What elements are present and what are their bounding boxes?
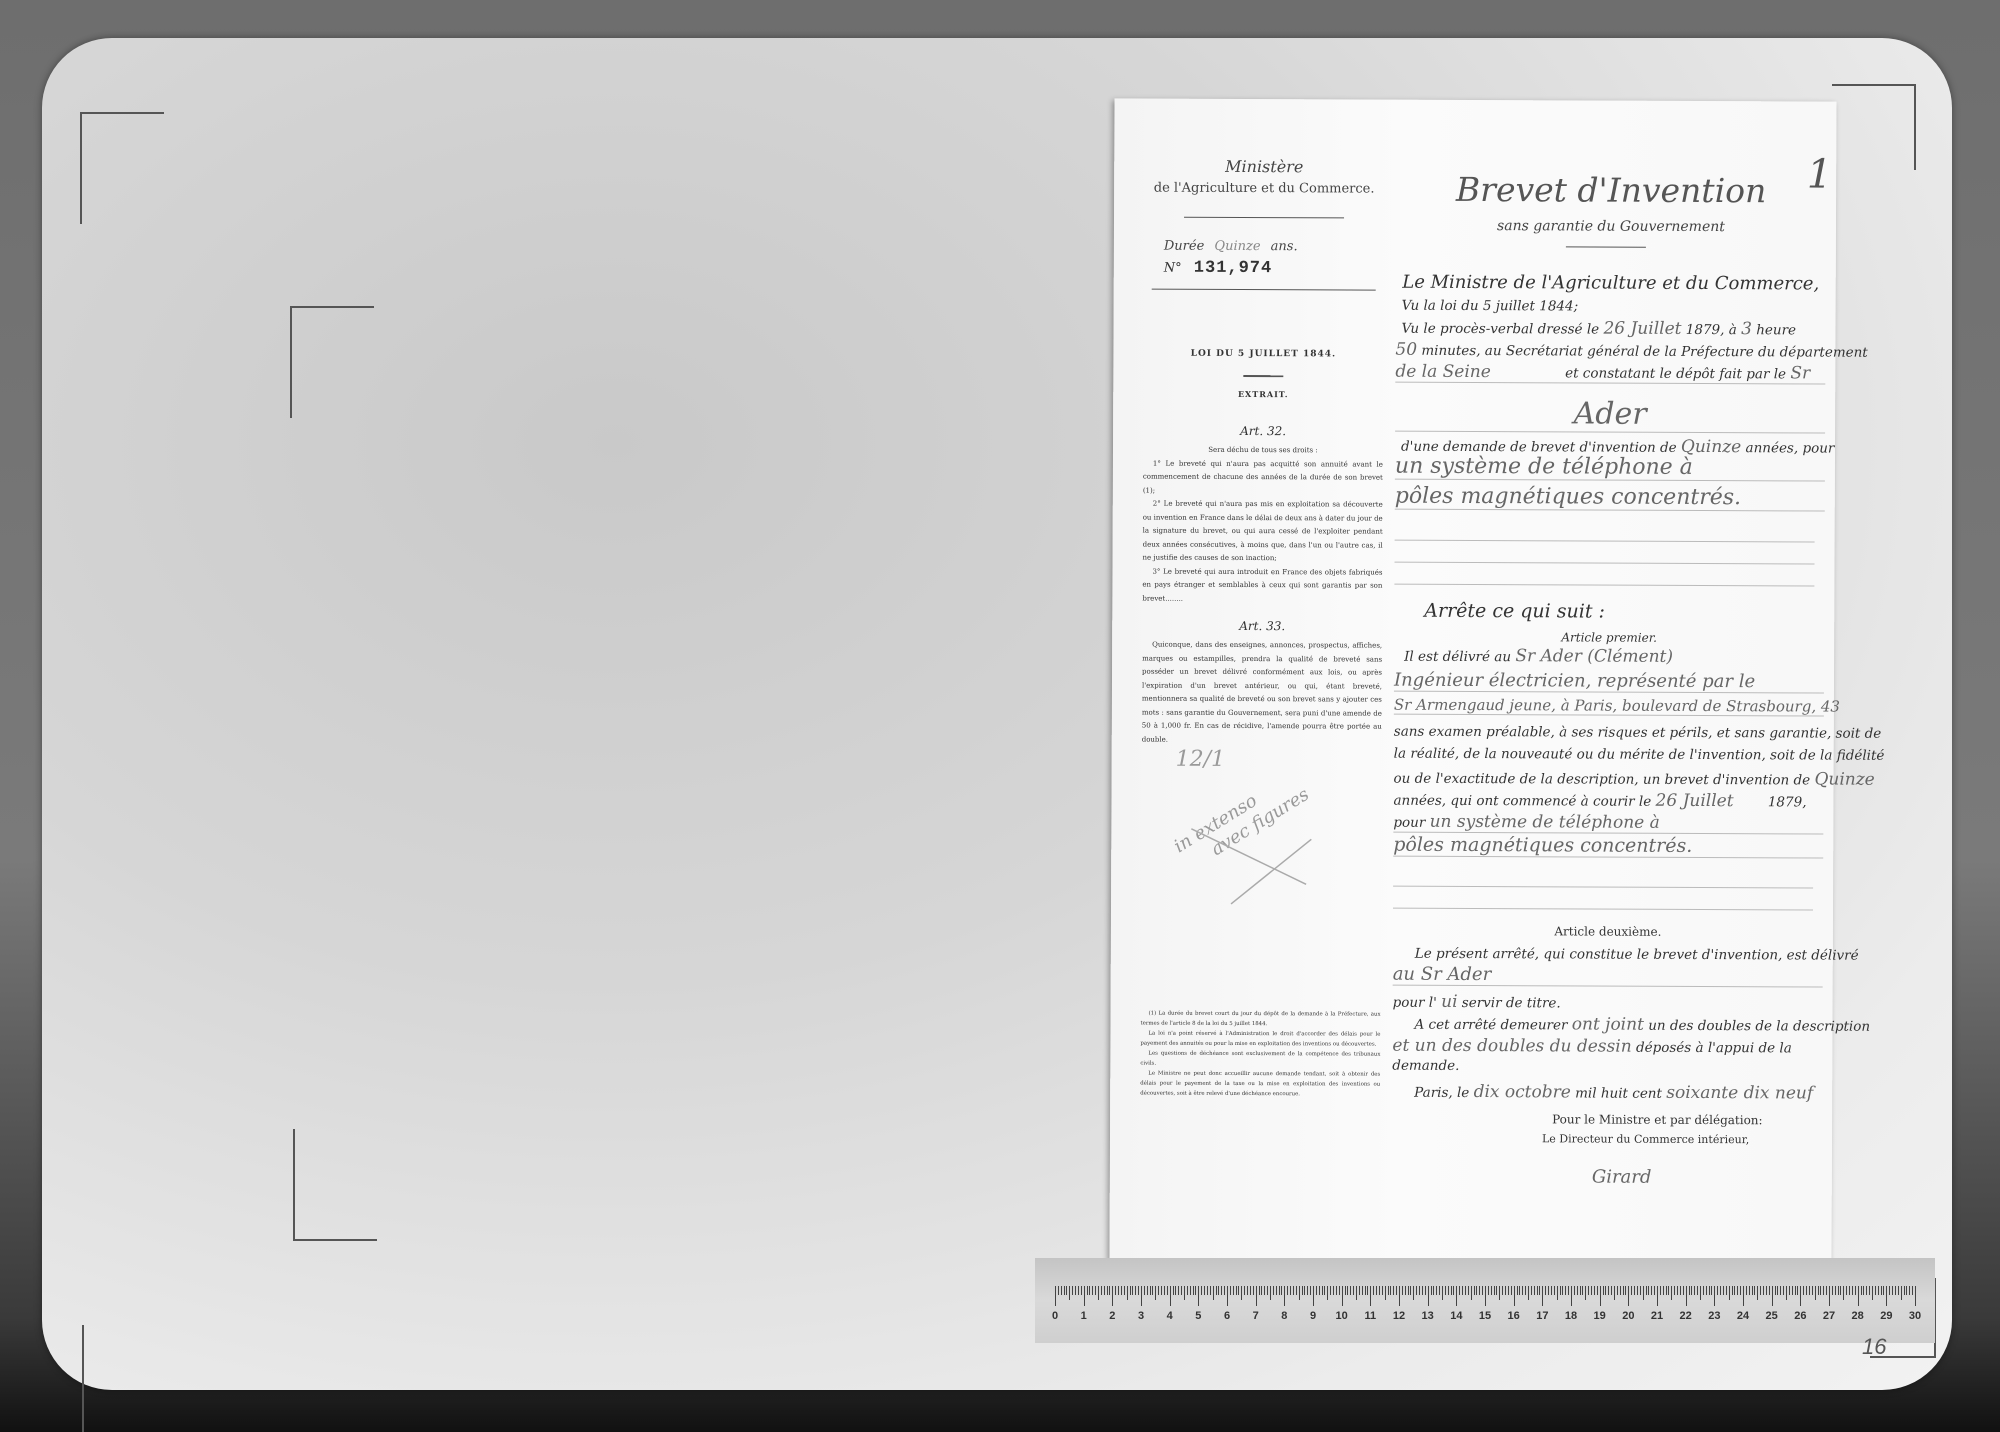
article-32-text: Sera déchu de tous ses droits : 1° Le br… xyxy=(1142,444,1383,607)
ruler-tick xyxy=(1055,1286,1056,1306)
article-2-line5: demande. xyxy=(1392,1058,1822,1076)
ruler-tick xyxy=(1580,1286,1581,1295)
ruler-tick xyxy=(1820,1286,1821,1295)
ruler-tick xyxy=(1207,1286,1208,1295)
ruler-tick xyxy=(1210,1286,1211,1295)
ruler-tick xyxy=(1238,1286,1239,1295)
ruler-label: 25 xyxy=(1766,1310,1778,1322)
ruler-tick xyxy=(1829,1286,1830,1306)
ruler-tick xyxy=(1760,1286,1761,1295)
ruler-tick xyxy=(1376,1286,1377,1295)
ruler-tick xyxy=(1270,1286,1271,1300)
ruler-tick xyxy=(1517,1286,1518,1295)
ruler-tick xyxy=(1193,1286,1194,1295)
ruler-tick xyxy=(1150,1286,1151,1295)
ruler-tick xyxy=(1081,1286,1082,1295)
ruler-tick xyxy=(1522,1286,1523,1295)
ruler-tick xyxy=(1405,1286,1406,1295)
ruler-tick xyxy=(1912,1286,1913,1295)
text: et constatant le dépôt fait par le xyxy=(1565,365,1786,382)
ruler-tick xyxy=(1660,1286,1661,1295)
ruler-tick xyxy=(1502,1286,1503,1295)
article-1-commence: années, qui ont commencé à courir le 26 … xyxy=(1393,790,1823,812)
ruler-tick xyxy=(1181,1286,1182,1295)
ruler-label: 4 xyxy=(1167,1310,1173,1322)
ruler-tick xyxy=(1115,1286,1116,1295)
ruler-tick xyxy=(1170,1286,1171,1306)
blank-line xyxy=(1395,540,1815,543)
measurement-ruler: 0123456789101112131415161718192021222324… xyxy=(1035,1258,1935,1343)
ruler-tick xyxy=(1399,1286,1400,1306)
ruler-tick xyxy=(1408,1286,1409,1295)
ruler-tick xyxy=(1347,1286,1348,1295)
ruler-tick xyxy=(1476,1286,1477,1295)
vu-loi-line: Vu la loi du 5 juillet 1844; xyxy=(1402,298,1832,316)
ruler-tick xyxy=(1319,1286,1320,1295)
ruler-tick xyxy=(1560,1286,1561,1295)
vu-proces-line: Vu le procès-verbal dressé le 26 Juillet… xyxy=(1401,318,1831,340)
ruler-tick xyxy=(1322,1286,1323,1295)
ruler-tick xyxy=(1155,1286,1156,1300)
ruler-tick xyxy=(1717,1286,1718,1295)
ruler-tick xyxy=(1680,1286,1681,1295)
ruler-tick xyxy=(1686,1286,1687,1306)
ruler-tick xyxy=(1740,1286,1741,1295)
ruler-label: 30 xyxy=(1909,1310,1921,1322)
ruler-tick xyxy=(1494,1286,1495,1295)
ruler-tick xyxy=(1442,1286,1443,1300)
ruler-tick xyxy=(1127,1286,1128,1300)
handwritten-hour: 3 xyxy=(1741,319,1752,339)
ruler-tick xyxy=(1806,1286,1807,1295)
ruler-tick xyxy=(1227,1286,1228,1306)
ruler-tick xyxy=(1537,1286,1538,1295)
ruler-tick xyxy=(1402,1286,1403,1295)
ruler-tick xyxy=(1881,1286,1882,1295)
ruler-tick xyxy=(1353,1286,1354,1295)
ruler-tick xyxy=(1299,1286,1300,1300)
ruler-tick xyxy=(1898,1286,1899,1295)
ruler-tick xyxy=(1382,1286,1383,1295)
ruler-tick xyxy=(1732,1286,1733,1295)
ruler-tick xyxy=(1164,1286,1165,1295)
ruler-label: 7 xyxy=(1253,1310,1259,1322)
ruler-tick xyxy=(1253,1286,1254,1295)
ruler-tick xyxy=(1356,1286,1357,1300)
ruler-tick xyxy=(1339,1286,1340,1295)
ruler-tick xyxy=(1431,1286,1432,1295)
ruler-tick xyxy=(1511,1286,1512,1295)
handwritten-date: 26 Juillet xyxy=(1656,791,1734,811)
ruler-tick xyxy=(1078,1286,1079,1295)
ruler-tick xyxy=(1087,1286,1088,1295)
ruler-tick xyxy=(1640,1286,1641,1295)
ruler-tick xyxy=(1846,1286,1847,1295)
ruler-tick xyxy=(1780,1286,1781,1295)
ruler-tick xyxy=(1545,1286,1546,1295)
text: servir de titre. xyxy=(1462,995,1561,1011)
ruler-tick xyxy=(1631,1286,1632,1295)
ruler-label: 14 xyxy=(1450,1310,1462,1322)
ruler-tick xyxy=(1508,1286,1509,1295)
ruler-tick xyxy=(1130,1286,1131,1295)
ruler-tick xyxy=(1396,1286,1397,1295)
ruler-tick xyxy=(1892,1286,1893,1295)
ruler-tick xyxy=(1124,1286,1125,1295)
ruler-tick xyxy=(1216,1286,1217,1295)
ruler-label: 16 xyxy=(1508,1310,1520,1322)
ruler-tick xyxy=(1496,1286,1497,1295)
paragraph: 1° Le breveté qui n'aura pas acquitté so… xyxy=(1143,457,1383,499)
ruler-tick xyxy=(1350,1286,1351,1295)
text: heure xyxy=(1756,322,1796,338)
ruler-tick xyxy=(1852,1286,1853,1295)
text: un des doubles de la description xyxy=(1648,1018,1870,1035)
ruler-tick xyxy=(1783,1286,1784,1295)
article-1-body-3: ou de l'exactitude de la description, un… xyxy=(1394,768,1824,790)
handwritten-recipient: Sr Ader (Clément) xyxy=(1515,646,1673,667)
ruler-tick xyxy=(1267,1286,1268,1295)
article-2-line3: A cet arrêté demeurer ont joint un des d… xyxy=(1414,1014,1844,1036)
ruler-tick xyxy=(1310,1286,1311,1295)
ruler-tick xyxy=(1789,1286,1790,1295)
ruler-tick xyxy=(1241,1286,1242,1300)
ruler-tick xyxy=(1327,1286,1328,1300)
ruler-label: 20 xyxy=(1622,1310,1634,1322)
ruler-tick xyxy=(1448,1286,1449,1295)
ruler-tick xyxy=(1757,1286,1758,1300)
ruler-tick xyxy=(1901,1286,1902,1300)
ruler-tick xyxy=(1823,1286,1824,1295)
ruler-tick xyxy=(1098,1286,1099,1300)
ruler-tick xyxy=(1290,1286,1291,1295)
ruler-tick xyxy=(1777,1286,1778,1295)
article-1-body-2: la réalité, de la nouveauté ou du mérite… xyxy=(1394,746,1824,764)
pencil-cross-mark xyxy=(1181,799,1321,910)
right-column: Brevet d'Invention 1 sans garantie du Go… xyxy=(1391,100,1826,1264)
invention-title-line1: un système de téléphone à xyxy=(1395,454,1825,482)
ruler-tick xyxy=(1694,1286,1695,1295)
article-2-line2: pour l' ui servir de titre. xyxy=(1393,992,1823,1014)
ruler-tick xyxy=(1385,1286,1386,1300)
ruler-tick xyxy=(1539,1286,1540,1295)
text: mil huit cent xyxy=(1575,1085,1662,1101)
ruler-tick xyxy=(1468,1286,1469,1295)
ruler-tick xyxy=(1390,1286,1391,1295)
ruler-label: 6 xyxy=(1224,1310,1230,1322)
ruler-label: 28 xyxy=(1852,1310,1864,1322)
ruler-tick xyxy=(1244,1286,1245,1295)
ruler-tick xyxy=(1674,1286,1675,1295)
ruler-tick xyxy=(1158,1286,1159,1295)
ruler-tick xyxy=(1388,1286,1389,1295)
crop-mark-top-left xyxy=(80,112,164,224)
ruler-tick xyxy=(1772,1286,1773,1306)
ruler-tick xyxy=(1453,1286,1454,1295)
law-heading: LOI DU 5 JUILLET 1844. xyxy=(1143,349,1383,360)
ruler-tick xyxy=(1531,1286,1532,1295)
signature: Girard xyxy=(1592,1167,1652,1188)
ruler-tick xyxy=(1646,1286,1647,1295)
ruler-tick xyxy=(1591,1286,1592,1295)
ruler-tick xyxy=(1425,1286,1426,1295)
ruler-tick xyxy=(1287,1286,1288,1295)
ruler-tick xyxy=(1066,1286,1067,1295)
ruler-label: 11 xyxy=(1365,1310,1377,1322)
ruler-tick xyxy=(1651,1286,1652,1295)
date-line: Paris, le dix octobre mil huit cent soix… xyxy=(1414,1082,1844,1104)
ruler-tick xyxy=(1064,1286,1065,1295)
ruler-tick xyxy=(1101,1286,1102,1295)
crop-mark-top-right xyxy=(1832,84,1916,170)
ruler-tick xyxy=(1324,1286,1325,1295)
ruler-tick xyxy=(1451,1286,1452,1295)
ruler-tick xyxy=(1869,1286,1870,1295)
ruler-tick xyxy=(1190,1286,1191,1295)
ruler-tick xyxy=(1089,1286,1090,1295)
ruler-tick xyxy=(1474,1286,1475,1295)
ruler-tick xyxy=(1505,1286,1506,1295)
handwritten-department: de la Seine xyxy=(1395,362,1491,382)
article-2-line1: Le présent arrêté, qui constitue le brev… xyxy=(1415,946,1845,964)
ruler-tick xyxy=(1519,1286,1520,1295)
crop-mark-inner-top-left xyxy=(290,306,374,418)
ruler-tick xyxy=(1359,1286,1360,1295)
ruler-tick xyxy=(1152,1286,1153,1295)
ruler-tick xyxy=(1620,1286,1621,1295)
ruler-tick xyxy=(1439,1286,1440,1295)
ruler-tick xyxy=(1697,1286,1698,1295)
ruler-tick xyxy=(1815,1286,1816,1300)
applicant-name: Ader xyxy=(1395,396,1825,434)
ruler-tick xyxy=(1236,1286,1237,1295)
ruler-ticks: 0123456789101112131415161718192021222324… xyxy=(1055,1286,1915,1326)
ruler-tick xyxy=(1471,1286,1472,1300)
ruler-label: 0 xyxy=(1052,1310,1058,1322)
article-1-address: Sr Armengaud jeune, à Paris, boulevard d… xyxy=(1394,696,1824,717)
article-1-invention-2: pôles magnétiques concentrés. xyxy=(1393,834,1823,859)
ruler-tick xyxy=(1276,1286,1277,1295)
ruler-tick xyxy=(1107,1286,1108,1295)
paragraph: 3° Le breveté qui aura introduit en Fran… xyxy=(1142,565,1382,607)
ruler-tick xyxy=(1132,1286,1133,1295)
ruler-tick xyxy=(1906,1286,1907,1295)
article-33-title: Art. 33. xyxy=(1142,619,1382,634)
ruler-tick xyxy=(1666,1286,1667,1295)
ruler-tick xyxy=(1904,1286,1905,1295)
ruler-tick xyxy=(1422,1286,1423,1295)
ruler-tick xyxy=(1379,1286,1380,1295)
arrete-heading: Arrête ce qui suit : xyxy=(1424,600,1854,624)
ruler-tick xyxy=(1173,1286,1174,1295)
article-33-text: Quiconque, dans des enseignes, annonces,… xyxy=(1142,639,1382,748)
ruler-tick xyxy=(1571,1286,1572,1306)
paragraph: 2° Le breveté qui n'aura pas mis en expl… xyxy=(1143,498,1383,567)
ruler-tick xyxy=(1528,1286,1529,1300)
ruler-tick xyxy=(1614,1286,1615,1300)
ruler-tick xyxy=(1726,1286,1727,1295)
ruler-tick xyxy=(1689,1286,1690,1295)
ruler-tick xyxy=(1445,1286,1446,1295)
footnote: Le Ministre ne peut donc accueillir aucu… xyxy=(1140,1069,1380,1100)
ruler-tick xyxy=(1224,1286,1225,1295)
divider xyxy=(1184,217,1344,219)
blank-line xyxy=(1393,908,1813,911)
ruler-tick xyxy=(1304,1286,1305,1295)
ruler-tick xyxy=(1336,1286,1337,1295)
ruler-tick xyxy=(1092,1286,1093,1295)
ruler-tick xyxy=(1855,1286,1856,1295)
ruler-tick xyxy=(1198,1286,1199,1306)
ruler-tick xyxy=(1525,1286,1526,1295)
ruler-tick xyxy=(1677,1286,1678,1295)
ruler-tick xyxy=(1230,1286,1231,1295)
ruler-tick xyxy=(1491,1286,1492,1295)
ruler-tick xyxy=(1723,1286,1724,1295)
paragraph: Sera déchu de tous ses droits : xyxy=(1143,444,1383,459)
ruler-tick xyxy=(1577,1286,1578,1295)
ruler-tick xyxy=(1648,1286,1649,1295)
ruler-tick xyxy=(1746,1286,1747,1295)
ruler-tick xyxy=(1534,1286,1535,1295)
handwritten-date: 26 Juillet xyxy=(1603,319,1681,339)
ruler-tick xyxy=(1574,1286,1575,1295)
ruler-tick xyxy=(1256,1286,1257,1306)
ruler-tick xyxy=(1365,1286,1366,1295)
ruler-tick xyxy=(1061,1286,1062,1295)
document-subtitle: sans garantie du Gouvernement xyxy=(1396,218,1826,236)
minutes-line: 50 minutes, au Secrétariat général de la… xyxy=(1395,340,1825,362)
ruler-tick xyxy=(1144,1286,1145,1295)
ministry-subheading: de l'Agriculture et du Commerce. xyxy=(1144,181,1384,197)
ruler-tick xyxy=(1849,1286,1850,1295)
ruler-tick xyxy=(1213,1286,1214,1300)
ruler-tick xyxy=(1118,1286,1119,1295)
text: années, qui ont commencé à courir le xyxy=(1393,793,1651,810)
ruler-tick xyxy=(1342,1286,1343,1306)
ruler-tick xyxy=(1749,1286,1750,1295)
ruler-tick xyxy=(1883,1286,1884,1295)
duration-label: Durée xyxy=(1164,239,1204,254)
ruler-tick xyxy=(1752,1286,1753,1295)
handwritten: et un des doubles du dessin xyxy=(1392,1036,1631,1057)
department-line: de la Seine et constatant le dépôt fait … xyxy=(1395,362,1825,385)
text: années, pour xyxy=(1745,440,1834,456)
ruler-tick xyxy=(1706,1286,1707,1295)
ruler-tick xyxy=(1112,1286,1113,1306)
ruler-tick xyxy=(1175,1286,1176,1295)
ruler-tick xyxy=(1792,1286,1793,1295)
page-number-handwritten: 1 xyxy=(1807,151,1833,197)
ruler-label: 2 xyxy=(1109,1310,1115,1322)
text: déposés à l'appui de la xyxy=(1636,1040,1792,1057)
ruler-tick xyxy=(1803,1286,1804,1295)
ruler-tick xyxy=(1858,1286,1859,1306)
article-1-title: Article premier. xyxy=(1394,630,1824,646)
ruler-tick xyxy=(1657,1286,1658,1306)
handwritten: ont joint xyxy=(1572,1014,1644,1034)
ruler-tick xyxy=(1416,1286,1417,1295)
ruler-tick xyxy=(1691,1286,1692,1295)
ruler-tick xyxy=(1459,1286,1460,1295)
article-2-title: Article deuxième. xyxy=(1393,924,1823,940)
invention-title-line2: pôles magnétiques concentrés. xyxy=(1395,484,1825,512)
handwritten-year: soixante dix neuf xyxy=(1666,1083,1813,1104)
ruler-tick xyxy=(1393,1286,1394,1295)
blank-line xyxy=(1394,584,1814,587)
delegation-line: Pour le Ministre et par délégation: xyxy=(1552,1112,1982,1128)
ruler-tick xyxy=(1840,1286,1841,1295)
ruler-tick xyxy=(1637,1286,1638,1295)
ruler-tick xyxy=(1663,1286,1664,1295)
ruler-tick xyxy=(1826,1286,1827,1295)
ruler-tick xyxy=(1743,1286,1744,1306)
ruler-tick xyxy=(1582,1286,1583,1295)
minister-line: Le Ministre de l'Agriculture et du Comme… xyxy=(1396,272,1826,295)
ruler-tick xyxy=(1737,1286,1738,1295)
ruler-tick xyxy=(1597,1286,1598,1295)
ruler-tick xyxy=(1585,1286,1586,1300)
divider xyxy=(1566,246,1646,247)
ruler-label: 21 xyxy=(1651,1310,1663,1322)
ruler-tick xyxy=(1886,1286,1887,1306)
ruler-label: 1 xyxy=(1081,1310,1087,1322)
ruler-tick xyxy=(1307,1286,1308,1295)
ruler-tick xyxy=(1625,1286,1626,1295)
ruler-label: 3 xyxy=(1138,1310,1144,1322)
patent-number: 131,974 xyxy=(1194,259,1273,278)
ruler-tick xyxy=(1800,1286,1801,1306)
ruler-tick xyxy=(1611,1286,1612,1295)
ruler-tick xyxy=(1878,1286,1879,1295)
ruler-tick xyxy=(1542,1286,1543,1306)
text: Vu le procès-verbal dressé le xyxy=(1402,321,1600,338)
duration-unit: ans. xyxy=(1271,239,1298,254)
ruler-tick xyxy=(1218,1286,1219,1295)
ruler-tick xyxy=(1769,1286,1770,1295)
ruler-tick xyxy=(1247,1286,1248,1295)
ruler-tick xyxy=(1551,1286,1552,1295)
ruler-tick xyxy=(1195,1286,1196,1295)
ruler-tick xyxy=(1797,1286,1798,1295)
crop-mark-bottom-left xyxy=(82,1325,166,1432)
ruler-tick xyxy=(1178,1286,1179,1295)
blank-line xyxy=(1393,886,1813,889)
ruler-tick xyxy=(1141,1286,1142,1306)
ruler-tick xyxy=(1330,1286,1331,1295)
text: Paris, le xyxy=(1414,1085,1469,1101)
article-2-recipient: au Sr Ader xyxy=(1393,964,1823,988)
ruler-tick xyxy=(1548,1286,1549,1295)
ruler-tick xyxy=(1302,1286,1303,1295)
ruler-tick xyxy=(1485,1286,1486,1306)
ruler-tick xyxy=(1711,1286,1712,1295)
ruler-tick xyxy=(1608,1286,1609,1295)
ruler-tick xyxy=(1700,1286,1701,1300)
ruler-tick xyxy=(1734,1286,1735,1295)
patent-number-field: N° 131,974 xyxy=(1164,259,1384,279)
footnote: (1) La durée du brevet court du jour du … xyxy=(1140,1009,1380,1030)
ruler-tick xyxy=(1809,1286,1810,1295)
handwritten-invention: un système de téléphone à xyxy=(1430,812,1660,833)
ruler-tick xyxy=(1720,1286,1721,1295)
ruler-tick xyxy=(1279,1286,1280,1295)
ruler-tick xyxy=(1605,1286,1606,1295)
ruler-label: 24 xyxy=(1737,1310,1749,1322)
ruler-tick xyxy=(1058,1286,1059,1295)
ruler-tick xyxy=(1147,1286,1148,1295)
ruler-tick xyxy=(1568,1286,1569,1295)
